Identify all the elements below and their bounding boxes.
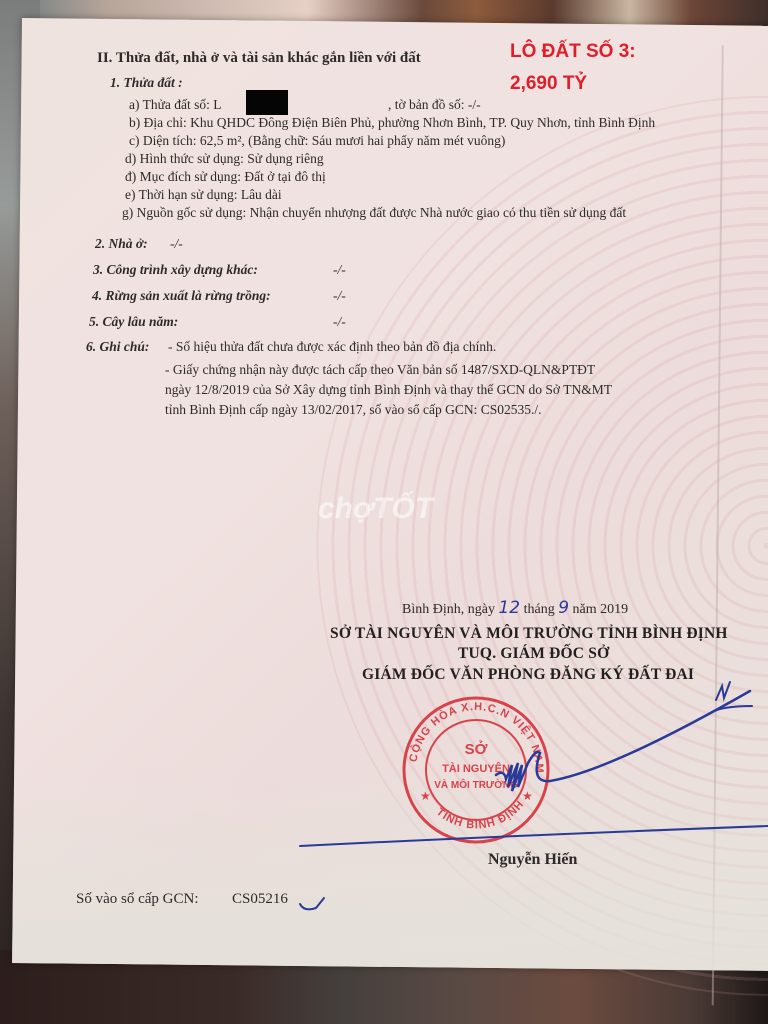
blue-signature <box>300 682 768 909</box>
stamp-and-signature: SỞ TÀI NGUYÊN VÀ MÔI TRƯỜNG CỘNG HÒA X.H… <box>0 0 768 1024</box>
registry-label: Số vào sổ cấp GCN: <box>76 891 199 908</box>
signer-name: Nguyễn Hiến <box>488 851 577 869</box>
registry-number: CS05216 <box>232 891 288 908</box>
stamp-center-1: SỞ <box>465 740 488 758</box>
stamp-star-left-icon: ★ <box>420 789 431 803</box>
stamp-star-right-icon: ★ <box>522 789 533 803</box>
